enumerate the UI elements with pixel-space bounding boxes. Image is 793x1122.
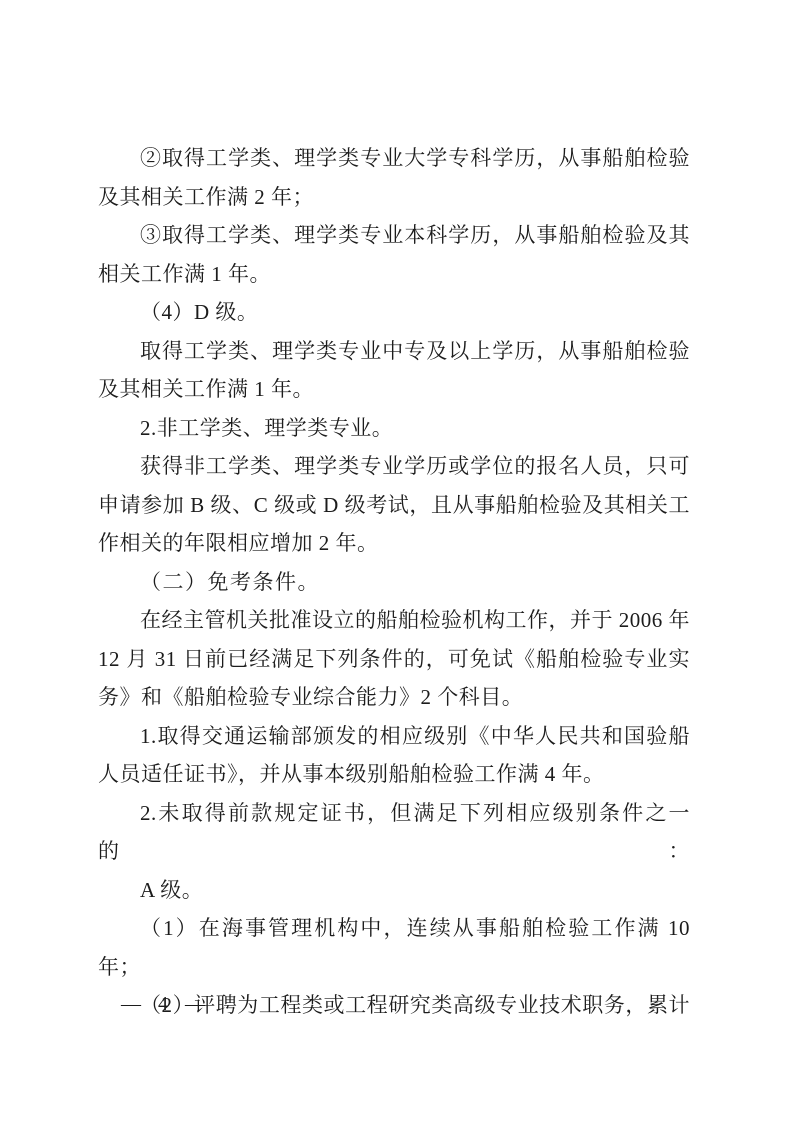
clause-exemption-no-certificate: 2.未取得前款规定证书，但满足下列相应级别条件之一的： [98, 794, 690, 871]
clause-degree-bachelor: ③取得工学类、理学类专业本科学历，从事船舶检验及其相关工作满 1 年。 [98, 216, 690, 293]
clause-degree-associate: ②取得工学类、理学类专业大学专科学历，从事船舶检验及其相关工作满 2 年； [98, 139, 690, 216]
document-page: ②取得工学类、理学类专业大学专科学历，从事船舶检验及其相关工作满 2 年；③取得… [0, 0, 793, 1122]
clause-exemption-intro: 在经主管机关批准设立的船舶检验机构工作，并于 2006 年 12 月 31 日前… [98, 601, 690, 717]
document-body: ②取得工学类、理学类专业大学专科学历，从事船舶检验及其相关工作满 2 年；③取得… [98, 139, 690, 1025]
clause-non-engineering-title: 2.非工学类、理学类专业。 [98, 409, 690, 448]
clause-d-level-requirement: 取得工学类、理学类专业中专及以上学历，从事船舶检验及其相关工作满 1 年。 [98, 332, 690, 409]
clause-non-engineering-requirement: 获得非工学类、理学类专业学历或学位的报名人员，只可申请参加 B 级、C 级或 D… [98, 447, 690, 563]
clause-d-level-title: （4）D 级。 [98, 293, 690, 332]
clause-a-level-title: A 级。 [98, 871, 690, 910]
clause-a-level-item-1: （1）在海事管理机构中，连续从事船舶检验工作满 10 年； [98, 909, 690, 986]
section-heading-exemption: （二）免考条件。 [98, 563, 690, 602]
clause-exemption-certificate: 1.取得交通运输部颁发的相应级别《中华人民共和国验船人员适任证书》，并从事本级别… [98, 717, 690, 794]
page-number: — 4 — [121, 992, 205, 1016]
